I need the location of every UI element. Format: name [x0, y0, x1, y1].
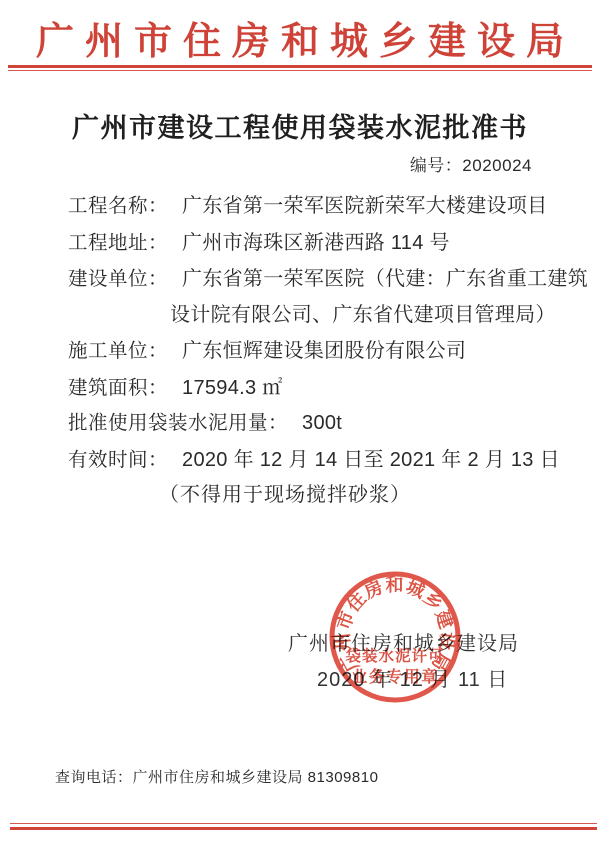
document-title: 广州市建设工程使用袋装水泥批准书 — [0, 106, 600, 145]
field-label: 批准使用袋装水泥用量： — [68, 412, 288, 434]
field-value: 2020 年 12 月 14 日至 2021 年 2 月 13 日 — [182, 449, 560, 471]
field-value: 17594.3 ㎡ — [182, 377, 283, 399]
field-label: 施工单位： — [68, 340, 168, 362]
rule-thin — [8, 70, 592, 71]
field-construction-owner-wrap: 设计院有限公司、广东省代建项目管理局） — [170, 298, 556, 327]
field-project-name: 工程名称：广东省第一荣军医院新荣军大楼建设项目 — [68, 189, 547, 218]
field-value: 300t — [302, 412, 342, 434]
official-seal-stamp-icon: 广州市住房和城乡建设局 袋装水泥许可 业务专用章 — [320, 562, 470, 712]
letterhead-double-rule — [8, 65, 592, 71]
inquiry-phone-line: 查询电话：广州市住房和城乡建设局 81309810 — [55, 766, 378, 787]
seal-center-line2: 业务专用章 — [351, 667, 439, 686]
field-label: 建设单位： — [68, 268, 168, 290]
field-label: 工程名称： — [68, 195, 168, 217]
field-floor-area: 建筑面积：17594.3 ㎡ — [68, 371, 283, 400]
rule-thick — [10, 827, 597, 830]
document-number: 编号：2020024 — [410, 151, 532, 176]
letterhead-org-name: 广州市住房和城乡建设局 — [0, 10, 600, 65]
field-value: 广东省第一荣军医院新荣军大楼建设项目 — [182, 195, 547, 217]
field-approved-cement-quantity: 批准使用袋装水泥用量：300t — [68, 407, 342, 435]
field-value: 广东省第一荣军医院（代建：广东省重工建筑 — [182, 268, 588, 290]
field-construction-owner: 建设单位：广东省第一荣军医院（代建：广东省重工建筑 — [68, 262, 588, 291]
field-label: 建筑面积： — [68, 377, 168, 399]
field-value: 广州市海珠区新港西路 114 号 — [182, 232, 450, 254]
field-label: 工程地址： — [68, 232, 168, 254]
seal-center-line1: 袋装水泥许可 — [345, 646, 444, 665]
field-valid-period: 有效时间：2020 年 12 月 14 日至 2021 年 2 月 13 日 — [68, 443, 560, 472]
field-project-address: 工程地址：广州市海珠区新港西路 114 号 — [68, 226, 450, 255]
field-contractor: 施工单位：广东恒辉建设集团股份有限公司 — [68, 334, 466, 363]
field-value: 广东恒辉建设集团股份有限公司 — [182, 340, 466, 362]
restriction-note: （不得用于现场搅拌砂浆） — [0, 478, 570, 507]
certificate-page: 广州市住房和城乡建设局 广州市建设工程使用袋装水泥批准书 编号：2020024 … — [0, 0, 600, 853]
footer-double-rule — [10, 823, 597, 830]
field-label: 有效时间： — [68, 449, 168, 471]
